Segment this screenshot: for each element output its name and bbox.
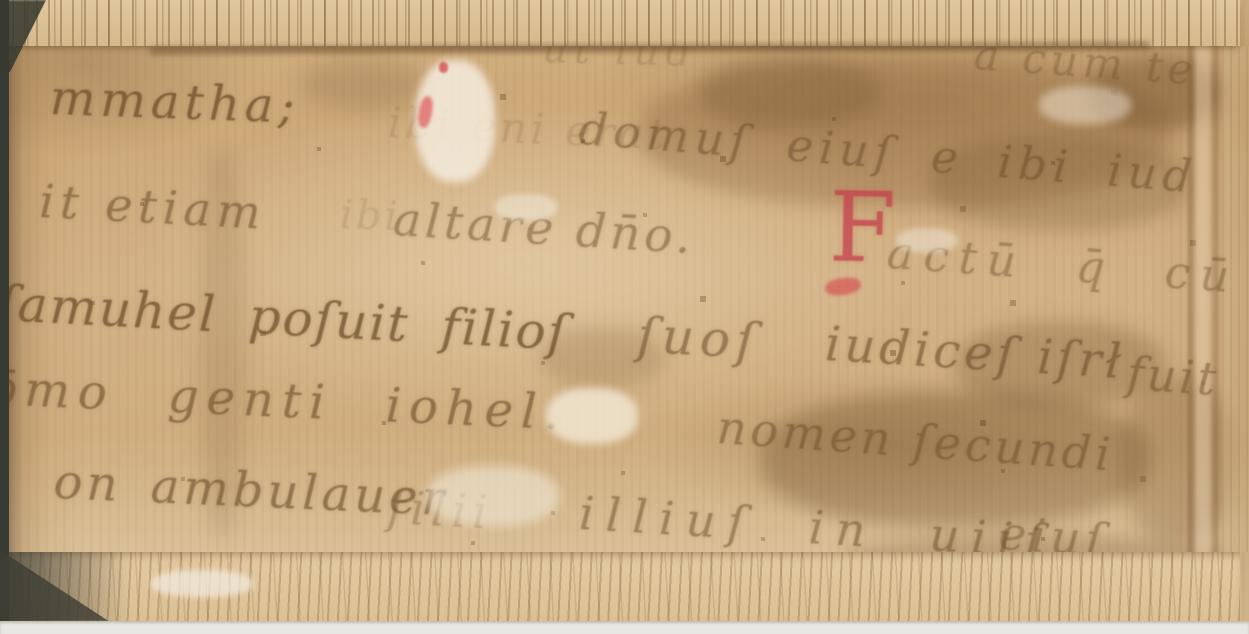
- white-paint-fleck: [495, 194, 557, 221]
- text-line-fragment: iudiceſ iſrł: [824, 316, 1127, 390]
- text-line-fragment: p̄mo genti iohel.: [0, 360, 569, 441]
- page-curl-top: [0, 0, 1240, 46]
- white-paint-fleck: [1039, 86, 1131, 124]
- white-paint-fleck: [427, 466, 559, 526]
- text-line-fragment: mmatha;: [49, 70, 300, 135]
- scan-margin-strip: [0, 621, 1249, 634]
- white-paint-fleck: [151, 570, 253, 597]
- binding-edge-strip: [0, 0, 9, 634]
- red-paint-trace: [439, 62, 448, 73]
- white-paint-fleck: [896, 228, 958, 253]
- text-line-fragment: fuit: [1125, 346, 1220, 406]
- manuscript-photo: ut iud a cum te mmatha; ibi eni erat dom…: [0, 0, 1249, 634]
- text-line-fragment: ſuoſ: [636, 306, 762, 370]
- text-line-fragment: nomen ſecundi: [715, 400, 1116, 482]
- text-line-fragment: ſamuhel poſuit filioſ: [0, 274, 570, 362]
- white-paint-fleck: [546, 388, 638, 444]
- text-line-fragment: it etiam: [38, 174, 268, 240]
